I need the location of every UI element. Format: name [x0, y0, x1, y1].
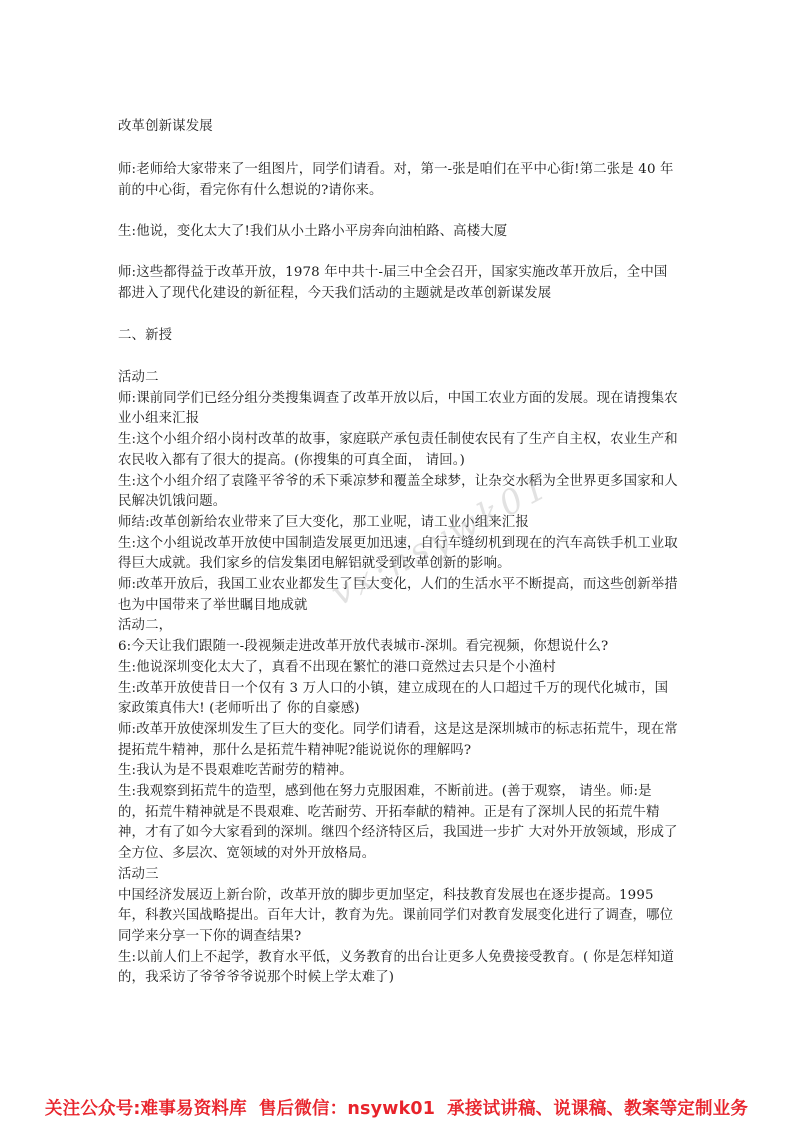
- activity-heading: 活动三: [118, 865, 678, 886]
- dialogue-line: 生:我认为是不畏艰难吃苦耐劳的精神。: [118, 761, 678, 782]
- dialogue-line: 师:改革开放后，我国工业农业都发生了巨大变化，人们的生活水平不断提高，而这些创新…: [118, 575, 678, 616]
- section-heading-block: 二、新授: [118, 326, 678, 347]
- intro-paragraph-1-block: 师:老师给大家带来了一组图片，同学们请看。对，第一-张是咱们在平中心街!第二张是…: [118, 160, 678, 201]
- document-title: 改革创新谋发展: [118, 117, 678, 138]
- lesson-body: 活动二 师:课前同学们已经分组分类搜集调查了改革开放以后，中国工农业方面的发展。…: [118, 368, 678, 989]
- intro-paragraph: 师:老师给大家带来了一组图片，同学们请看。对，第一-张是咱们在平中心街!第二张是…: [118, 160, 678, 201]
- intro-paragraph-3-block: 师:这些都得益于改革开放，1978 年中共十-届三中全会召开，国家实施改革开放后…: [118, 263, 678, 304]
- dialogue-line: 生:以前人们上不起学，教育水平低，义务教育的出台让更多人免费接受教育。( 你是怎…: [118, 948, 678, 989]
- footer-wechat-account: 关注公众号:难事易资料库: [45, 1095, 247, 1120]
- footer-after-sales-wechat: 售后微信：nsywk01: [259, 1095, 435, 1120]
- dialogue-line: 师结:改革创新给农业带来了巨大变化，那工业呢，请工业小组来汇报: [118, 513, 678, 534]
- intro-paragraph-2-block: 生:他说，变化太大了!我们从小土路小平房奔向油柏路、高楼大厦: [118, 222, 678, 243]
- document-page: 改革创新谋发展 师:老师给大家带来了一组图片，同学们请看。对，第一-张是咱们在平…: [0, 0, 793, 1122]
- dialogue-line: 生:这个小组介绍小岗村改革的故事，家庭联产承包责任制使农民有了生产自主权，农业生…: [118, 430, 678, 471]
- section-heading: 二、新授: [118, 326, 678, 347]
- dialogue-line: 师:课前同学们已经分组分类搜集调查了改革开放以后，中国工农业方面的发展。现在请搜…: [118, 389, 678, 430]
- footer-banner: 关注公众号:难事易资料库 售后微信：nsywk01 承接试讲稿、说课稿、教案等定…: [0, 1093, 793, 1121]
- footer-custom-service: 承接试讲稿、说课稿、教案等定制业务: [447, 1095, 748, 1120]
- intro-paragraph: 生:他说，变化太大了!我们从小土路小平房奔向油柏路、高楼大厦: [118, 222, 678, 243]
- dialogue-line: 生:我观察到拓荒牛的造型，感到他在努力克服困难，不断前进。(善于观察， 请坐。师…: [118, 782, 678, 865]
- dialogue-line: 生:他说深圳变化太大了，真看不出现在繁忙的港口竟然过去只是个小渔村: [118, 658, 678, 679]
- dialogue-line: 生:改革开放使昔日一个仅有 3 万人口的小镇，建立成现在的人口超过千万的现代化城…: [118, 679, 678, 720]
- dialogue-line: 生:这个小组介绍了袁隆平爷爷的禾下乘凉梦和覆盖全球梦，让杂交水稻为全世界更多国家…: [118, 472, 678, 513]
- dialogue-line: 6:今天让我们跟随一-段视频走进改革开放代表城市-深圳。看完视频，你想说什么?: [118, 637, 678, 658]
- document-title-block: 改革创新谋发展: [118, 117, 678, 138]
- activity-heading: 活动二: [118, 368, 678, 389]
- dialogue-line: 生:这个小组说改革开放使中国制造发展更加迅速，自行车缝纫机到现在的汽车高铁手机工…: [118, 534, 678, 575]
- intro-paragraph: 师:这些都得益于改革开放，1978 年中共十-届三中全会召开，国家实施改革开放后…: [118, 263, 678, 304]
- dialogue-line: 师:改革开放使深圳发生了巨大的变化。同学们请看，这是这是深圳城市的标志拓荒牛，现…: [118, 720, 678, 761]
- activity-heading: 活动二，: [118, 616, 678, 637]
- dialogue-line: 中国经济发展迈上新台阶，改革开放的脚步更加坚定，科技教育发展也在逐步提高。199…: [118, 886, 678, 948]
